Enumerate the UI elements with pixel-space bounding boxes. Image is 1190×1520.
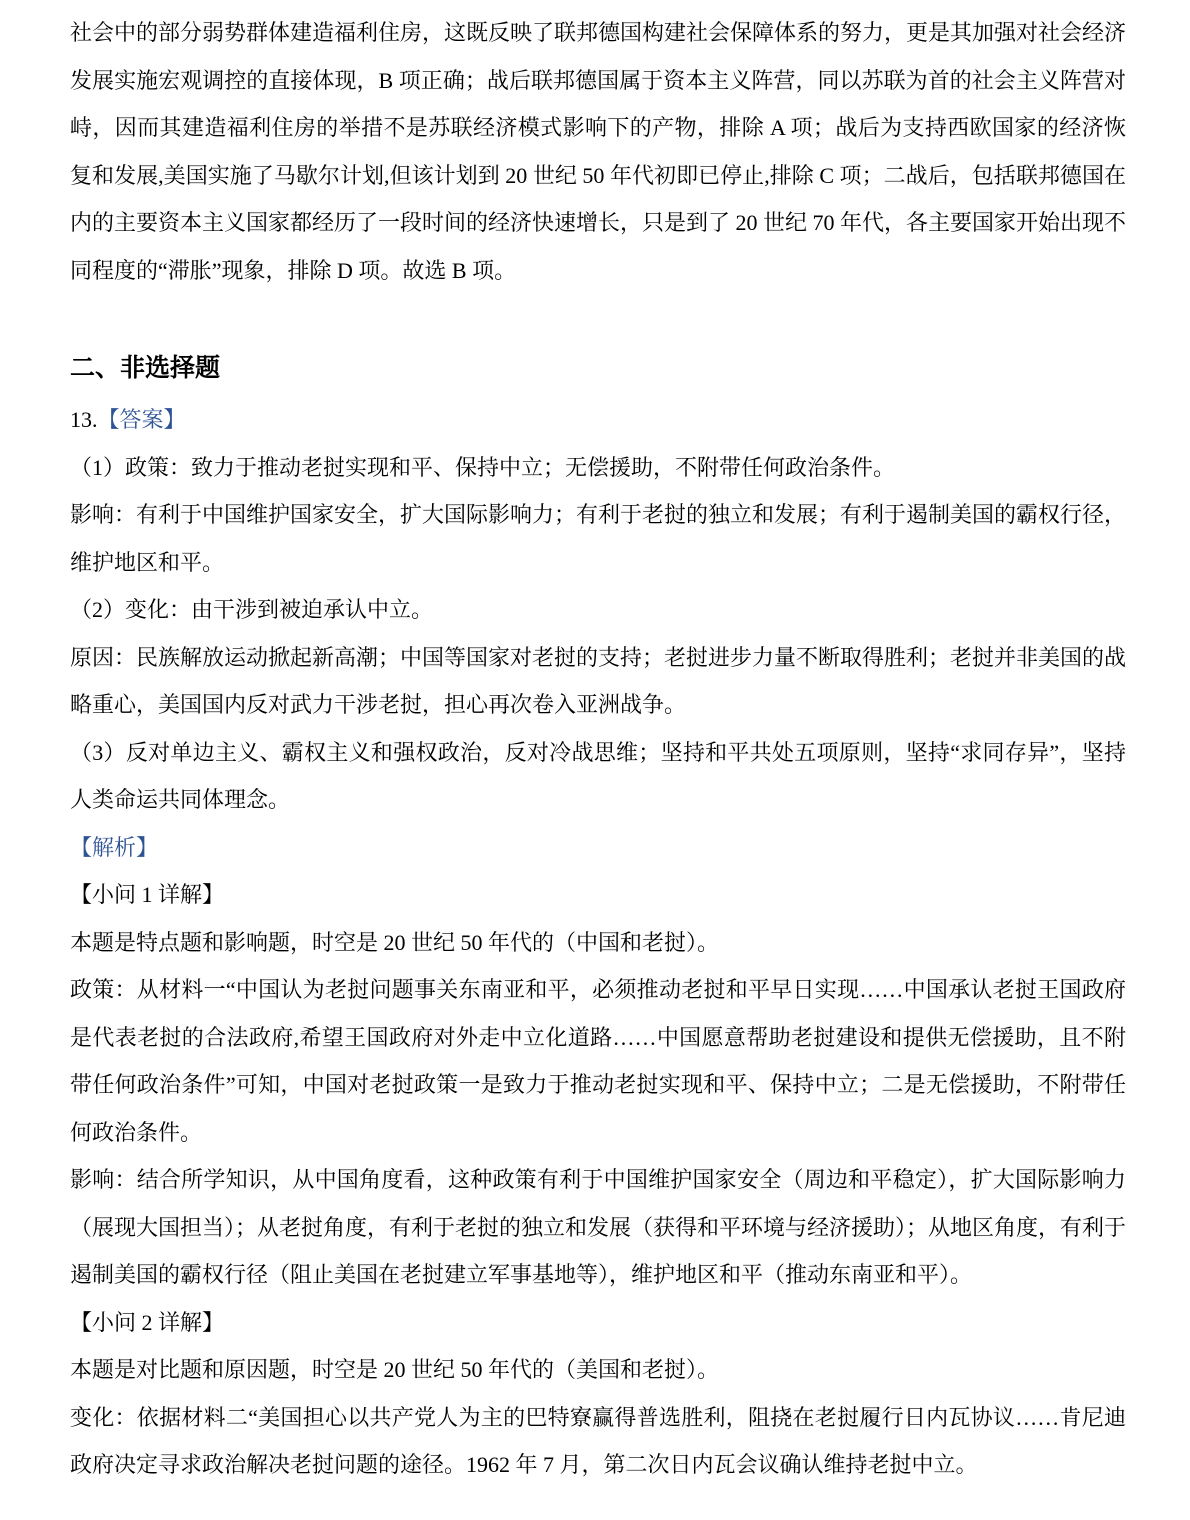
sub-question-2-intro: 本题是对比题和原因题，时空是 20 世纪 50 年代的（美国和老挝）。: [70, 1346, 1126, 1394]
document-page: 社会中的部分弱势群体建造福利住房，这既反映了联邦德国构建社会保障体系的努力，更是…: [0, 0, 1190, 1520]
analysis-tag: 【解析】: [70, 824, 1126, 872]
sub-question-1-policy-analysis: 政策：从材料一“中国认为老挝问题事关东南亚和平，必须推动老挝和平早日实现……中国…: [70, 966, 1126, 1156]
sub-question-1-impact-analysis: 影响：结合所学知识，从中国角度看，这种政策有利于中国维护国家安全（周边和平稳定）…: [70, 1156, 1126, 1299]
sub-question-2-change-analysis: 变化：依据材料二“美国担心以共产党人为主的巴特寮赢得普选胜利，阻挠在老挝履行日内…: [70, 1394, 1126, 1489]
answer-1-impact: 影响：有利于中国维护国家安全，扩大国际影响力；有利于老挝的独立和发展；有利于遏制…: [70, 491, 1126, 586]
question-number: 13.: [70, 407, 98, 432]
answer-2-change: （2）变化：由干涉到被迫承认中立。: [70, 586, 1126, 634]
answer-1-policy: （1）政策：致力于推动老挝实现和平、保持中立；无偿援助，不附带任何政治条件。: [70, 444, 1126, 492]
answer-tag: 【答案】: [98, 407, 186, 432]
paragraph-prev-answer-explanation: 社会中的部分弱势群体建造福利住房，这既反映了联邦德国构建社会保障体系的努力，更是…: [70, 9, 1126, 294]
question-13-answer-line: 13.【答案】: [70, 396, 1126, 444]
sub-question-2-heading: 【小问 2 详解】: [70, 1299, 1126, 1347]
sub-question-1-intro: 本题是特点题和影响题，时空是 20 世纪 50 年代的（中国和老挝）。: [70, 919, 1126, 967]
section-heading-non-multiple-choice: 二、非选择题: [70, 344, 1126, 394]
answer-3: （3）反对单边主义、霸权主义和强权政治，反对冷战思维；坚持和平共处五项原则，坚持…: [70, 729, 1126, 824]
sub-question-1-heading: 【小问 1 详解】: [70, 871, 1126, 919]
answer-2-reason: 原因：民族解放运动掀起新高潮；中国等国家对老挝的支持；老挝进步力量不断取得胜利；…: [70, 634, 1126, 729]
